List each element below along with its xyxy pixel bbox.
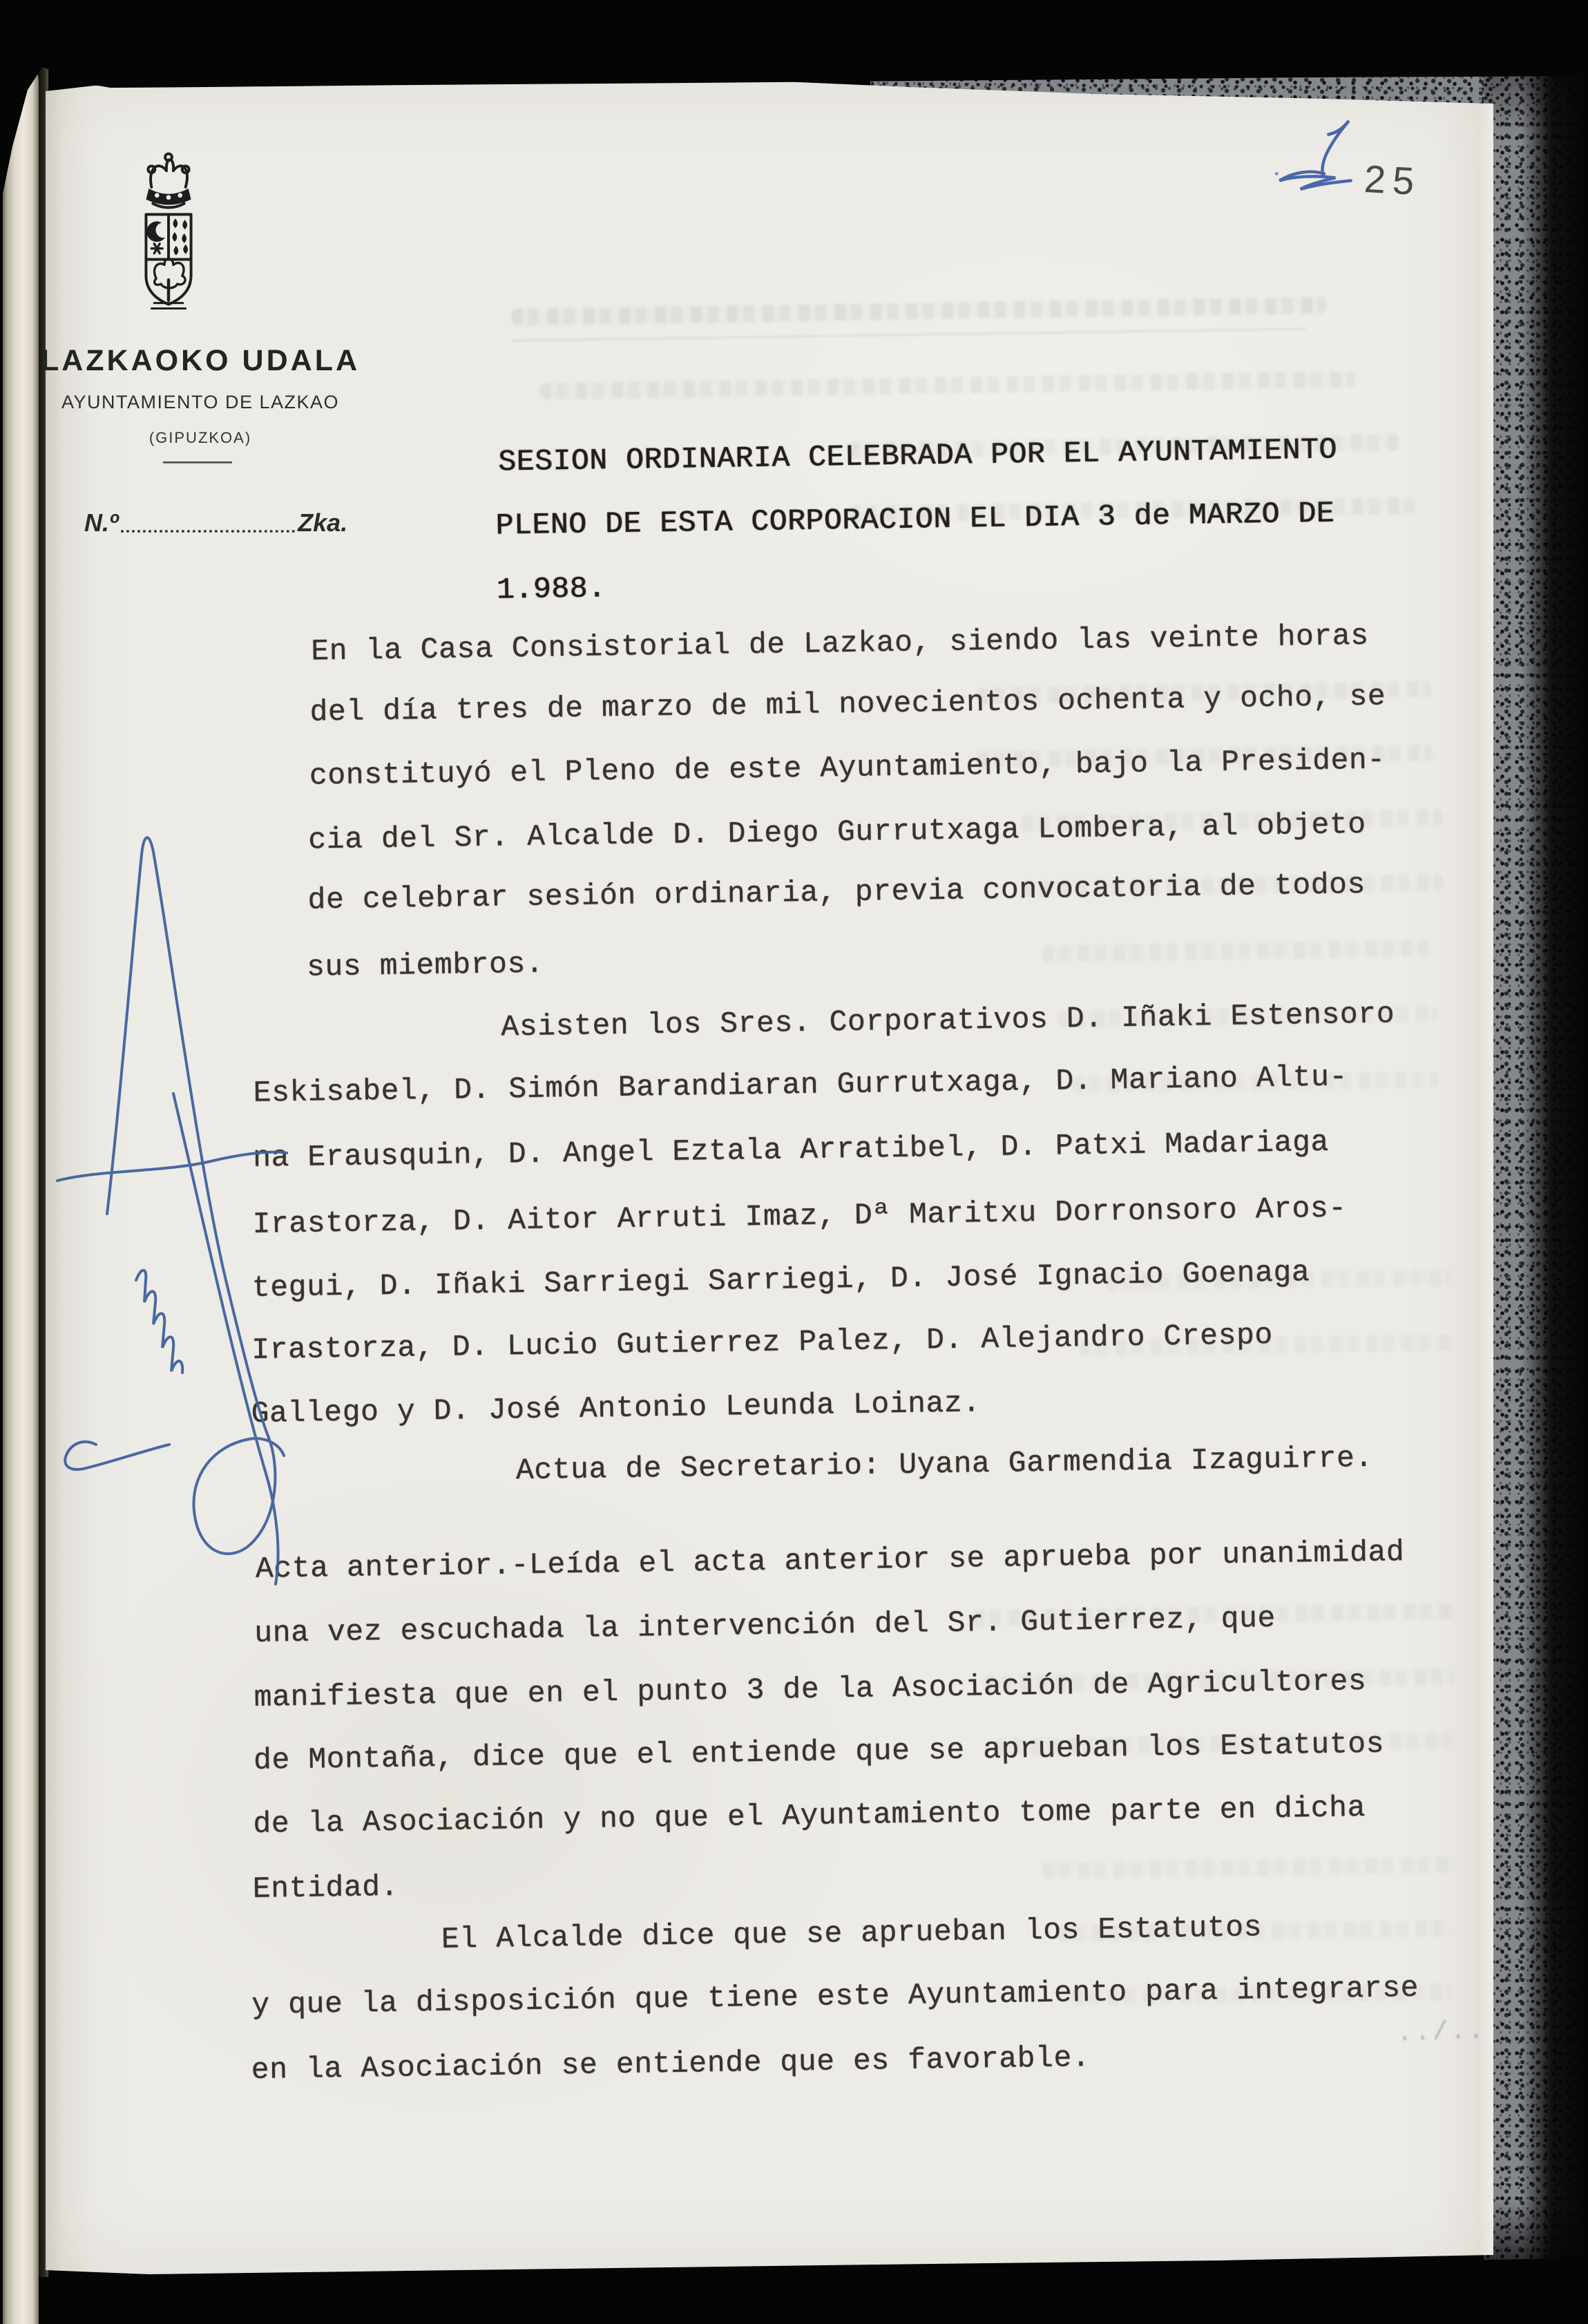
typed-line: 1.988. [497, 572, 606, 607]
continuation-mark: ../.. [1396, 2016, 1486, 2048]
typed-line: Acta anterior.-Leída el acta anterior se… [256, 1536, 1405, 1585]
typed-line: sus miembros. [307, 948, 544, 984]
typed-line: na Erausquin, D. Angel Eztala Arratibel,… [253, 1126, 1329, 1174]
typed-line: Irastorza, D. Aitor Arruti Imaz, Dª Mari… [252, 1192, 1347, 1241]
typed-line: Gallego y D. José Antonio Leunda Loinaz. [251, 1387, 981, 1430]
typed-line: Actua de Secretario: Uyana Garmendia Iza… [516, 1442, 1374, 1487]
handwritten-mark-icon [1270, 116, 1368, 193]
scanned-minutes-page: LAZKAOKO UDALA AYUNTAMIENTO DE LAZKAO (G… [0, 0, 1588, 2324]
bleed-through-smudge [540, 371, 1355, 400]
typed-line: En la Casa Consistorial de Lazkao, siend… [311, 620, 1369, 668]
bleed-through-smudge [1042, 1856, 1449, 1879]
bleed-through-smudge [1042, 940, 1436, 962]
typed-line: Entidad. [253, 1871, 399, 1905]
bleed-through-smudge [512, 327, 1306, 342]
signature-icon [38, 819, 295, 1608]
typed-line: de la Asociación y no que el Ayuntamient… [253, 1791, 1366, 1840]
typed-line: en la Asociación se entiende que es favo… [251, 2041, 1090, 2086]
bleed-through-smudge [511, 297, 1326, 326]
